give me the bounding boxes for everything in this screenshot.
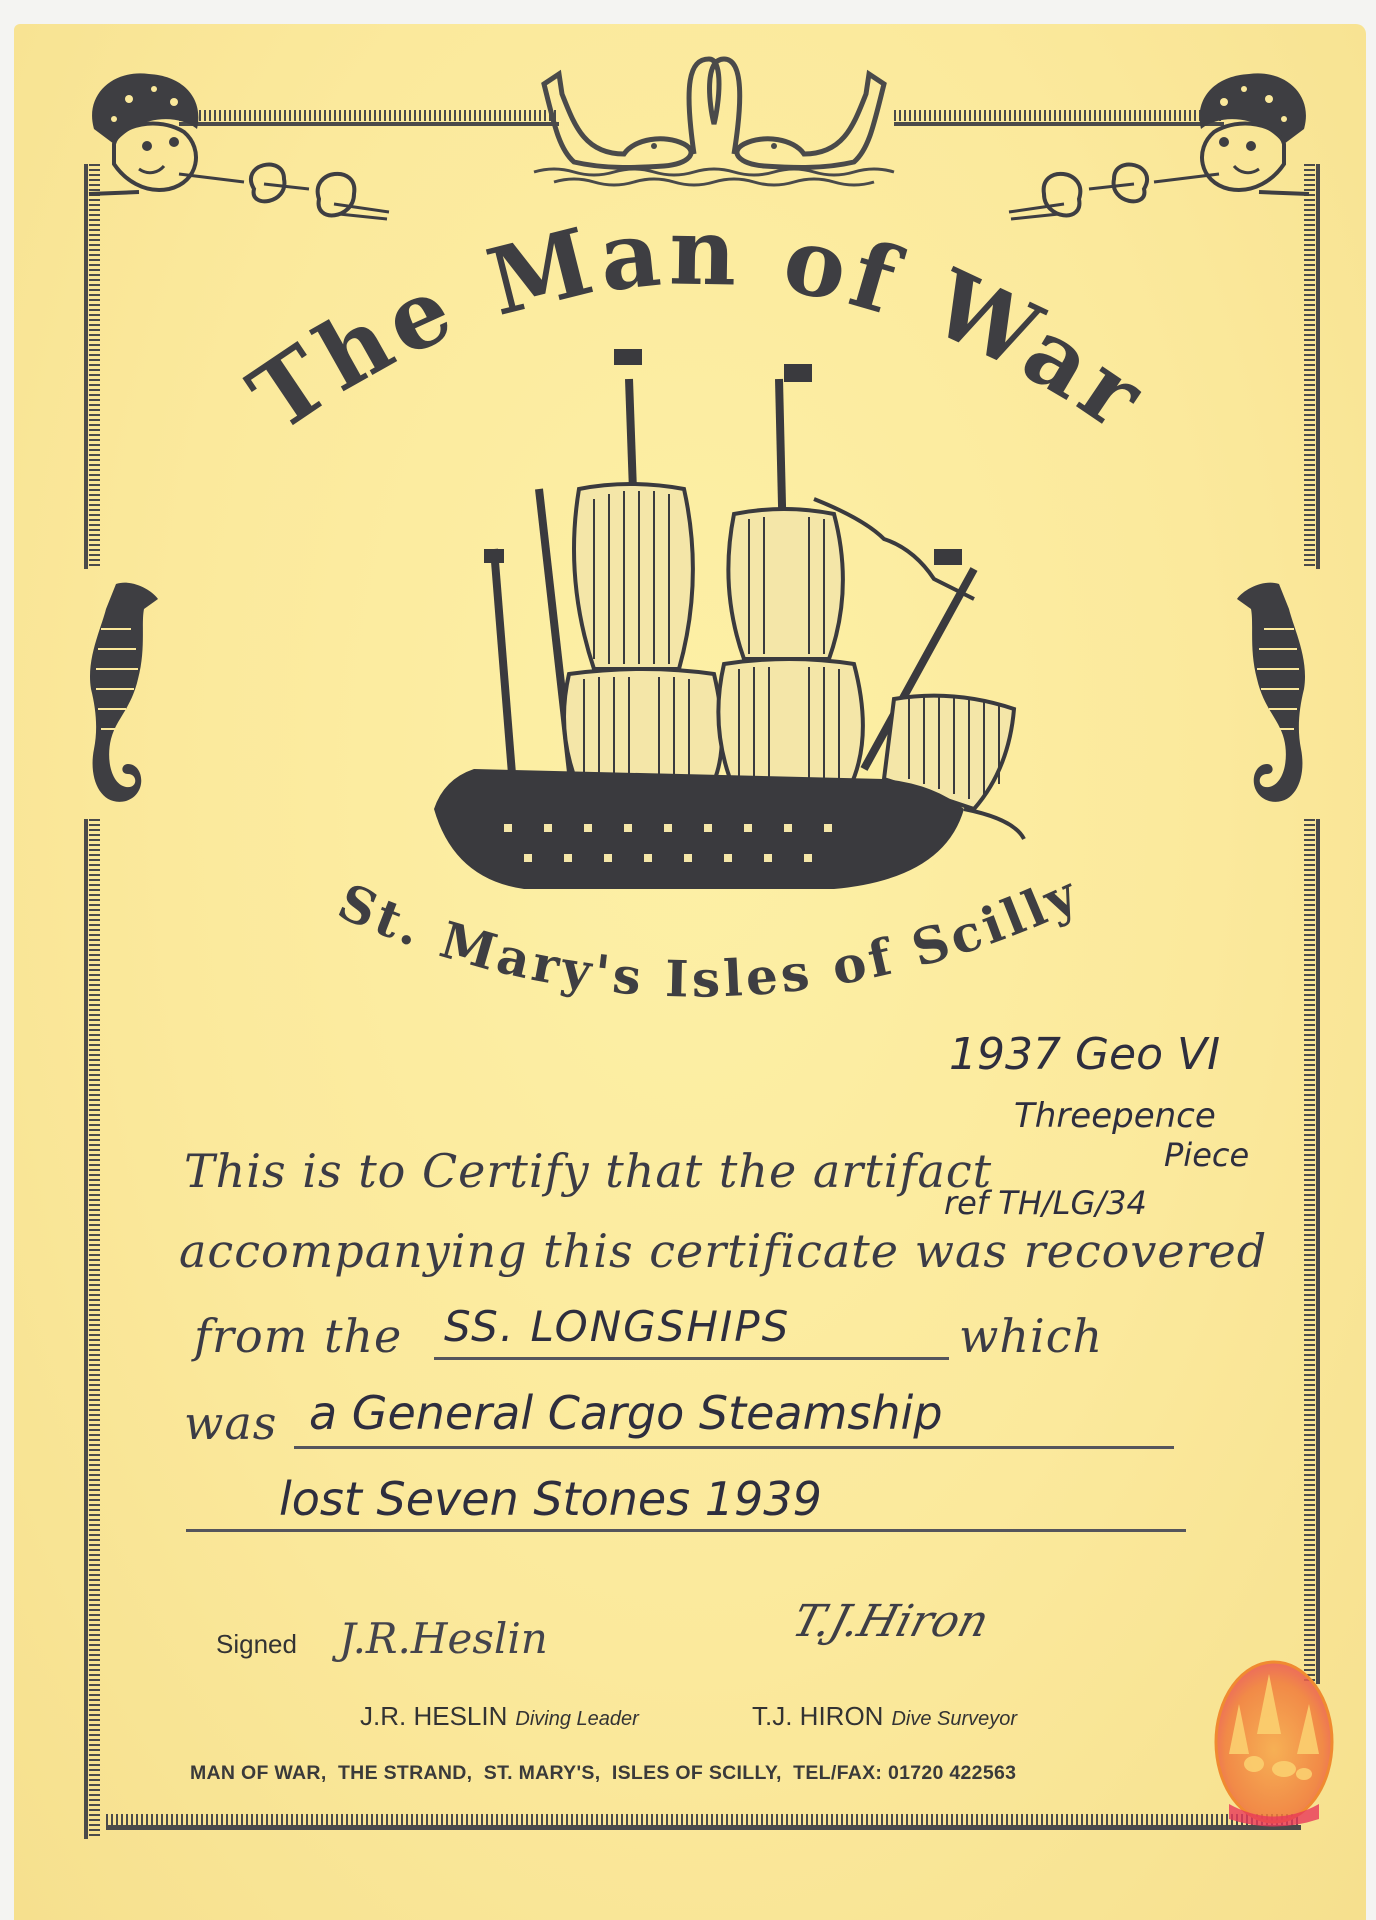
signatory-2-role: Dive Surveyor	[891, 1708, 1017, 1730]
svg-text:St. Mary's Isles of Scilly: St. Mary's Isles of Scilly	[330, 863, 1089, 1009]
seahorse-right-icon	[1229, 569, 1319, 819]
vessel-underline	[434, 1357, 949, 1360]
border-bottom	[106, 1814, 1301, 1830]
body-line-2: accompanying this certificate was recove…	[179, 1224, 1267, 1278]
signatory-2: T.J. HIRONDive Surveyor	[752, 1701, 1017, 1732]
signatory-1: J.R. HESLINDiving Leader	[360, 1701, 639, 1732]
signature-heslin: J.R.Heslin	[339, 1614, 548, 1663]
seahorse-left-icon	[76, 569, 166, 819]
wind-face-right-icon	[999, 54, 1329, 224]
body-line-4-prefix: was	[184, 1396, 277, 1450]
body-line-1: This is to Certify that the artifact	[184, 1144, 992, 1198]
ship-stamp-icon	[1209, 1654, 1339, 1834]
vessel-description-line1: a General Cargo Steamship	[309, 1386, 943, 1440]
signatory-2-name: T.J. HIRON	[752, 1701, 883, 1731]
body-line-3-suffix: which	[959, 1309, 1103, 1363]
signatory-1-role: Diving Leader	[515, 1708, 638, 1730]
artifact-name-line2: Threepence	[1014, 1096, 1216, 1136]
subtitle-arc: St. Mary's Isles of Scilly	[234, 844, 1184, 1044]
artifact-name-line3: Piece	[1164, 1136, 1249, 1174]
border-left	[84, 164, 100, 569]
description-underline-2	[186, 1529, 1186, 1532]
body-line-3-prefix: from the	[194, 1309, 402, 1363]
border-right	[1304, 164, 1320, 569]
border-right	[1304, 819, 1320, 1684]
border-left	[84, 819, 100, 1839]
certificate-subtitle: St. Mary's Isles of Scilly	[330, 863, 1089, 1009]
signed-label: Signed	[216, 1629, 297, 1660]
wind-face-left-icon	[69, 54, 399, 224]
certificate-paper: The Man of War	[14, 24, 1366, 1920]
vessel-name: SS. LONGSHIPS	[444, 1302, 790, 1351]
vessel-description-line2: lost Seven Stones 1939	[279, 1472, 822, 1526]
footer-address: MAN OF WAR, THE STRAND, ST. MARY'S, ISLE…	[190, 1762, 1016, 1785]
signature-hiron: T.J.Hiron	[787, 1596, 994, 1647]
description-underline-1	[294, 1446, 1174, 1449]
signatory-1-name: J.R. HESLIN	[360, 1701, 507, 1731]
dolphins-fountain-icon	[514, 44, 914, 194]
artifact-name-line1: 1937 Geo VI	[949, 1029, 1220, 1080]
ship-illustration-icon	[414, 339, 1034, 889]
